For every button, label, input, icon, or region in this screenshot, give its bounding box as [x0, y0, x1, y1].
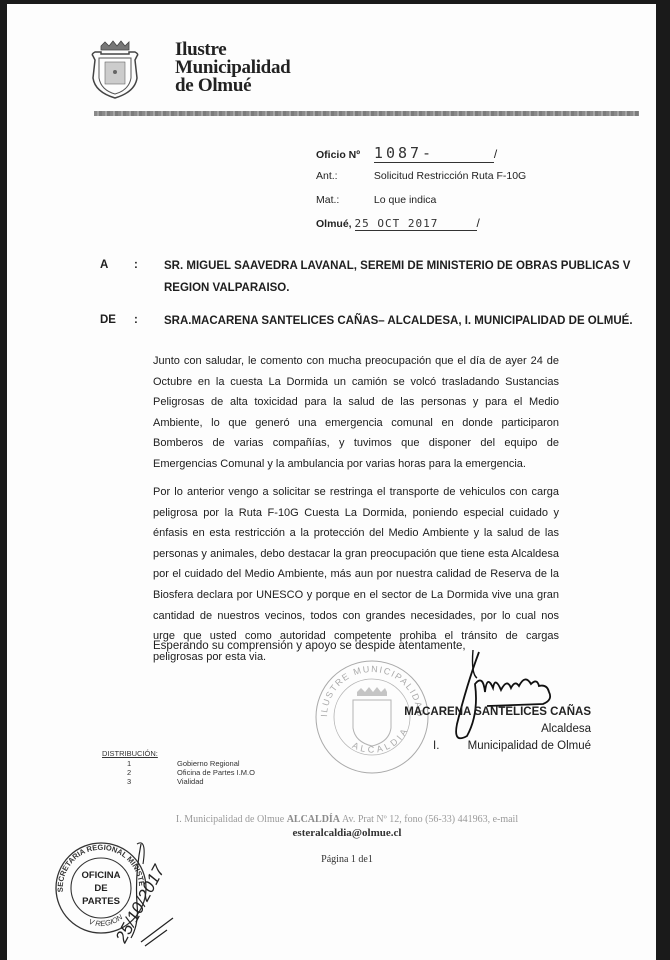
from-value: SRA.MACARENA SANTELICES CAÑAS– ALCALDESA… — [164, 310, 634, 332]
distribution-item-label: Gobierno Regional — [177, 759, 240, 768]
svg-text:25/10/2017: 25/10/2017 — [111, 861, 168, 946]
date-stamp: 25 OCT 2017 — [355, 217, 439, 230]
municipality-brand: Ilustre Municipalidad de Olmué — [175, 41, 290, 95]
signer-org: Municipalidad de Olmué — [468, 738, 591, 755]
distribution-item-number: 1 — [102, 759, 177, 768]
date-label: Olmué, — [316, 218, 352, 230]
oficio-row: Oficio Nº 1087-/ — [316, 144, 497, 163]
handwritten-receipt-icon: 25/10/2017 — [107, 834, 207, 949]
to-key: A — [100, 259, 134, 271]
header-divider — [94, 111, 639, 116]
from-key: DE — [100, 314, 134, 326]
to-separator: : — [134, 259, 158, 271]
mat-value: Lo que indica — [374, 194, 436, 206]
date-line: 25 OCT 2017 — [355, 217, 477, 231]
distribution-item: 2Oficina de Partes I.M.O — [102, 768, 255, 777]
brand-line-3: de Olmué — [175, 77, 290, 95]
distribution-item-label: Oficina de Partes I.M.O — [177, 768, 255, 777]
distribution-list: DISTRIBUCIÓN: 1Gobierno Regional 2Oficin… — [102, 749, 255, 786]
ant-label: Ant.: — [316, 170, 371, 182]
oficio-number: 1087- — [374, 144, 434, 162]
distribution-item-number: 3 — [102, 777, 177, 786]
from-separator: : — [134, 314, 158, 326]
closing-line: Esperando su comprensión y apoyo se desp… — [153, 640, 466, 652]
letter-page: Ilustre Municipalidad de Olmué Oficio Nº… — [7, 4, 656, 960]
ant-value: Solicitud Restricción Ruta F-10G — [374, 170, 526, 182]
distribution-item-number: 2 — [102, 768, 177, 777]
signer-org-prefix: I. — [433, 738, 439, 755]
footer-contact: Av. Prat Nº 12, fono (56-33) 441963, e-m… — [342, 814, 518, 825]
footer-email: esteralcaldia@olmue.cl — [147, 827, 547, 839]
body-paragraph-1: Junto con saludar, le comento con mucha … — [153, 351, 559, 475]
to-value: SR. MIGUEL SAAVEDRA LAVANAL, SEREMI DE M… — [164, 255, 634, 299]
signer-title: Alcaldesa — [393, 721, 591, 738]
distribution-title: DISTRIBUCIÓN: — [102, 749, 255, 758]
distribution-item-label: Vialidad — [177, 777, 204, 786]
oficio-line: 1087- — [374, 144, 494, 163]
date-row: Olmué, 25 OCT 2017/ — [316, 216, 480, 231]
footer-address: I. Municipalidad de Olmue ALCALDÍA Av. P… — [147, 814, 547, 825]
mat-label: Mat.: — [316, 194, 371, 206]
svg-text:DE: DE — [94, 883, 107, 894]
oficio-label: Oficio Nº — [316, 149, 371, 161]
signature-block: MACARENA SANTELICES CAÑAS Alcaldesa I.Mu… — [393, 704, 591, 755]
ant-row: Ant.: Solicitud Restricción Ruta F-10G — [316, 170, 526, 182]
mat-row: Mat.: Lo que indica — [316, 194, 436, 206]
signer-name: MACARENA SANTELICES CAÑAS — [393, 704, 591, 721]
to-row: A: SR. MIGUEL SAAVEDRA LAVANAL, SEREMI D… — [100, 259, 640, 303]
letter-footer: I. Municipalidad de Olmue ALCALDÍA Av. P… — [147, 814, 547, 865]
distribution-item: 3Vialidad — [102, 777, 255, 786]
coat-of-arms-icon — [89, 40, 141, 100]
from-row: DE: SRA.MACARENA SANTELICES CAÑAS– ALCAL… — [100, 314, 640, 326]
page-number: Página 1 de1 — [147, 854, 547, 865]
footer-org: I. Municipalidad de Olmue — [176, 814, 284, 825]
footer-dept: ALCALDÍA — [287, 814, 340, 825]
distribution-item: 1Gobierno Regional — [102, 759, 255, 768]
